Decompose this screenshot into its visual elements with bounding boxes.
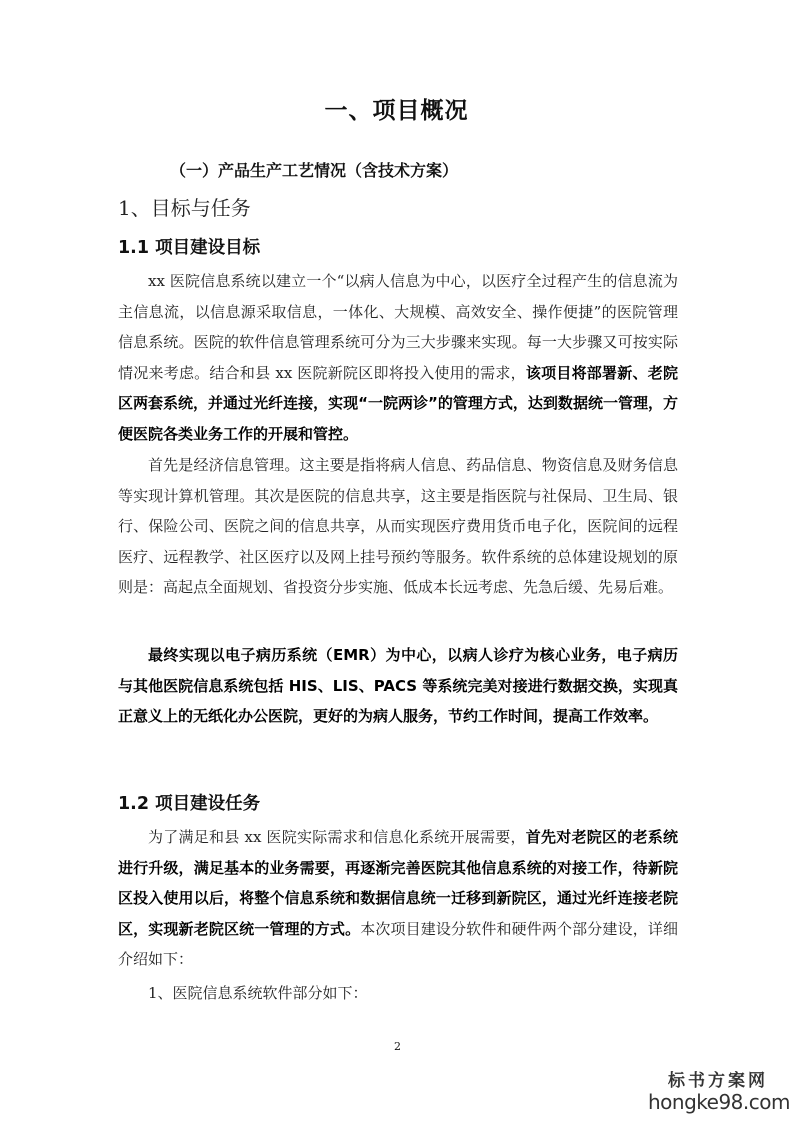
- watermark-cn: 标书方案网: [648, 1066, 788, 1091]
- paragraph-emr-goal: 最终实现以电子病历系统（EMR）为中心，以病人诊疗为核心业务，电子病历与其他医院…: [118, 640, 678, 732]
- paragraph-tasks: 为了满足和县 xx 医院实际需求和信息化系统开展需要，首先对老院区的老系统进行升…: [118, 822, 678, 975]
- paragraph-text: 为了满足和县 xx 医院实际需求和信息化系统开展需要，: [148, 828, 526, 846]
- watermark-url: hongke98.com: [648, 1091, 788, 1113]
- page-number: 2: [394, 1040, 401, 1053]
- list-item-software: 1、医院信息系统软件部分如下：: [148, 982, 368, 1003]
- subsection-heading-1-1: 1.1 项目建设目标: [118, 234, 260, 259]
- document-page: 一、项目概况 （一）产品生产工艺情况（含技术方案） 1、目标与任务 1.1 项目…: [0, 0, 793, 1122]
- section-heading: 1、目标与任务: [118, 192, 251, 221]
- watermark: 标书方案网 hongke98.com: [648, 1066, 788, 1113]
- paragraph-goal-intro: xx 医院信息系统以建立一个“以病人信息为中心，以医疗全过程产生的信息流为主信息…: [118, 266, 678, 449]
- page-title: 一、项目概况: [0, 92, 793, 125]
- subsection-heading-1-2: 1.2 项目建设任务: [118, 790, 260, 815]
- paragraph-info-management: 首先是经济信息管理。这主要是指将病人信息、药品信息、物资信息及财务信息等实现计算…: [118, 450, 678, 603]
- chapter-subtitle: （一）产品生产工艺情况（含技术方案）: [170, 158, 458, 181]
